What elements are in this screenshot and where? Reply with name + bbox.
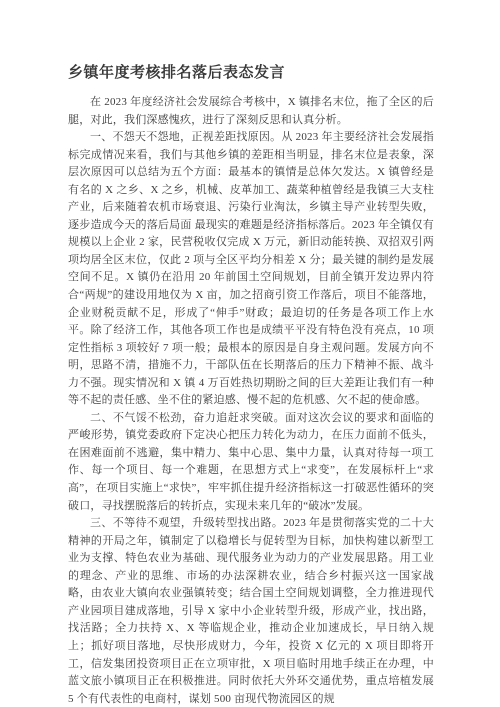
document-title: 乡镇年度考核排名落后表态发言 (68, 63, 434, 83)
paragraph-section-1: 一、不怨天不怨地，正视差距找原因。从 2023 年主要经济社会发展指标完成情况来… (68, 129, 434, 410)
document-content: 乡镇年度考核排名落后表态发言 在 2023 年度经济社会发展综合考核中，X 镇排… (68, 63, 434, 707)
paragraph-intro: 在 2023 年度经济社会发展综合考核中，X 镇排名末位，拖了全区的后腿，对此，… (68, 94, 434, 129)
document-page: 乡镇年度考核排名落后表态发言 在 2023 年度经济社会发展综合考核中，X 镇排… (0, 0, 500, 707)
paragraph-section-3: 三、不等待不观望，升级转型找出路。2023 年是贯彻落实党的二十大精神的开局之年… (68, 515, 434, 707)
paragraph-section-2: 二、不气馁不松劲，奋力追赶求突破。面对这次会议的要求和面临的严峻形势，镇党委政府… (68, 410, 434, 515)
